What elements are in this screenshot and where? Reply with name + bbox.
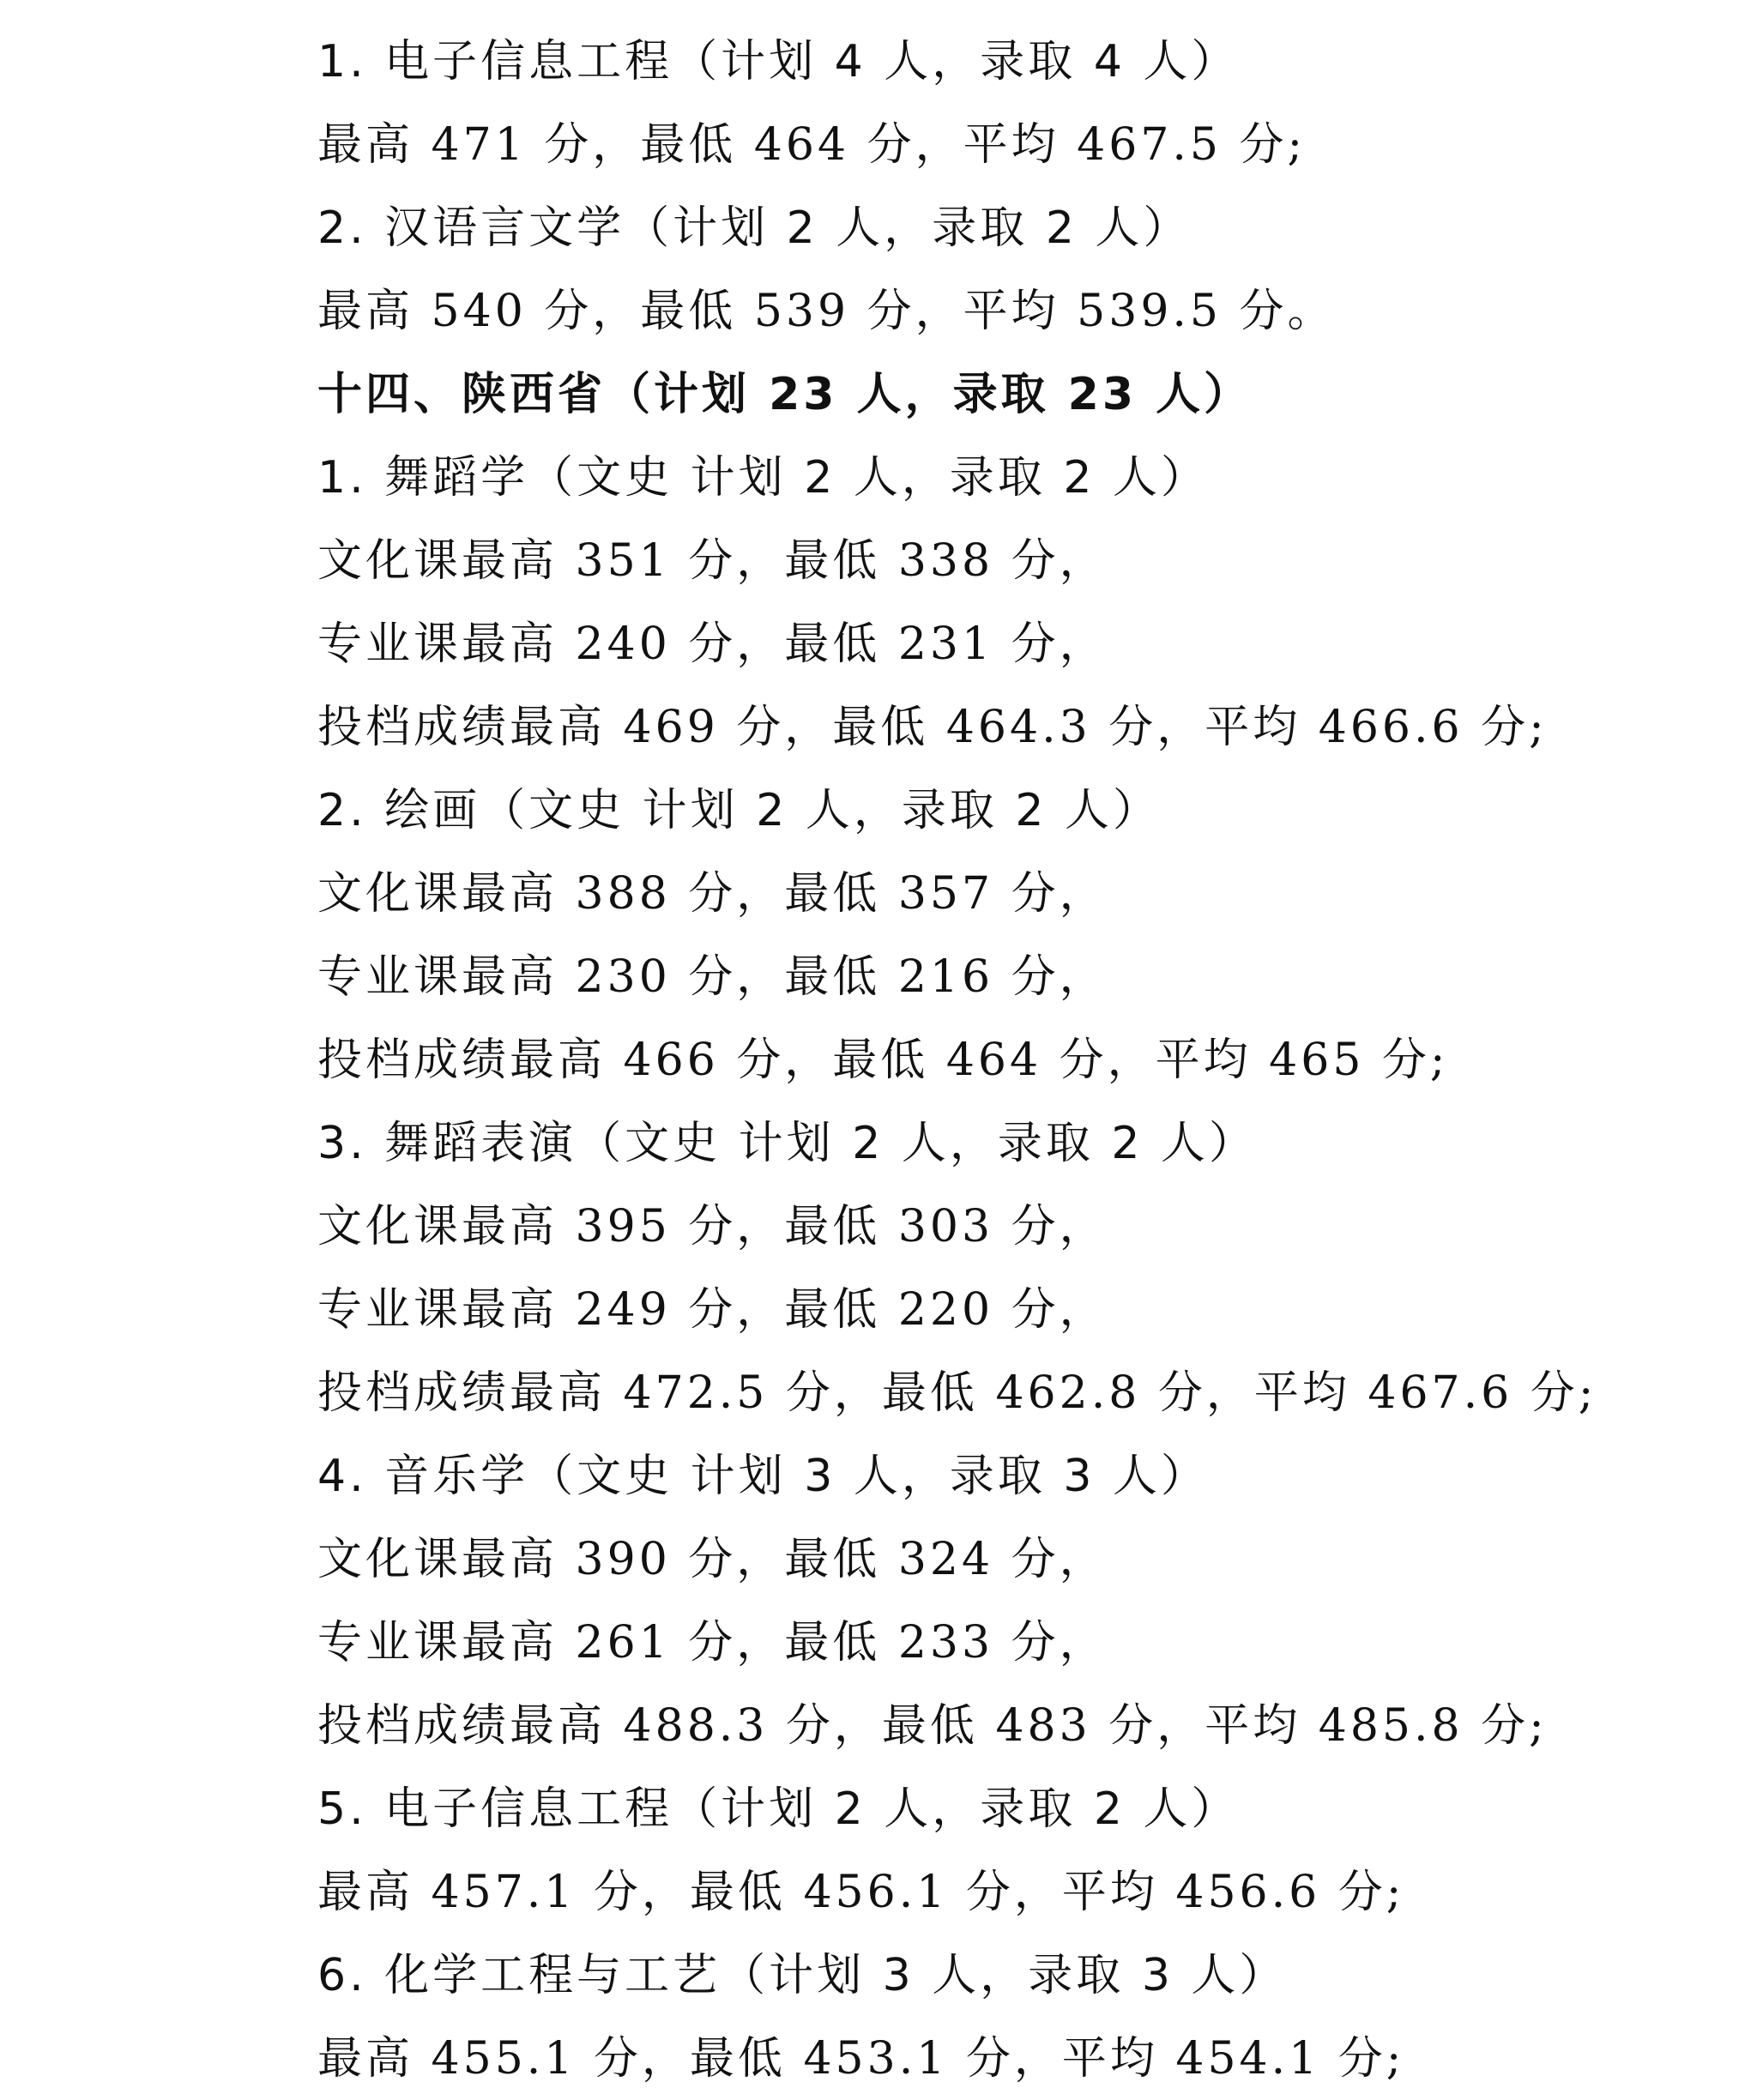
score-detail: 投档成绩最高 472.5 分，最低 462.8 分，平均 467.6 分;: [317, 1352, 1597, 1435]
score-detail: 投档成绩最高 466 分，最低 464 分，平均 465 分;: [317, 1019, 1597, 1102]
score-detail: 文化课最高 351 分，最低 338 分，: [317, 520, 1597, 603]
major-heading: 4. 音乐学（文史 计划 3 人，录取 3 人）: [317, 1435, 1597, 1518]
score-detail: 文化课最高 395 分，最低 303 分，: [317, 1186, 1597, 1269]
province-heading: 十四、陕西省（计划 23 人，录取 23 人）: [317, 353, 1597, 437]
score-detail: 最高 457.1 分，最低 456.1 分，平均 456.6 分;: [317, 1851, 1597, 1934]
document-body: 1. 电子信息工程（计划 4 人，录取 4 人） 最高 471 分，最低 464…: [317, 21, 1597, 2100]
major-heading: 1. 舞蹈学（文史 计划 2 人，录取 2 人）: [317, 437, 1597, 520]
score-detail: 最高 471 分，最低 464 分，平均 467.5 分;: [317, 104, 1597, 187]
document-page: 1. 电子信息工程（计划 4 人，录取 4 人） 最高 471 分，最低 464…: [0, 0, 1757, 2100]
major-heading: 2. 绘画（文史 计划 2 人，录取 2 人）: [317, 769, 1597, 853]
major-heading: 2. 汉语言文学（计划 2 人，录取 2 人）: [317, 187, 1597, 270]
score-detail: 专业课最高 230 分，最低 216 分，: [317, 936, 1597, 1019]
score-detail: 文化课最高 388 分，最低 357 分，: [317, 853, 1597, 936]
score-detail: 专业课最高 249 分，最低 220 分，: [317, 1269, 1597, 1352]
score-detail: 文化课最高 390 分，最低 324 分，: [317, 1518, 1597, 1602]
score-detail: 投档成绩最高 488.3 分，最低 483 分，平均 485.8 分;: [317, 1685, 1597, 1768]
score-detail: 专业课最高 261 分，最低 233 分，: [317, 1602, 1597, 1685]
major-heading: 6. 化学工程与工艺（计划 3 人，录取 3 人）: [317, 1934, 1597, 2018]
score-detail: 专业课最高 240 分，最低 231 分，: [317, 603, 1597, 686]
score-detail: 最高 455.1 分，最低 453.1 分，平均 454.1 分;: [317, 2018, 1597, 2100]
score-detail: 最高 540 分，最低 539 分，平均 539.5 分。: [317, 270, 1597, 353]
score-detail: 投档成绩最高 469 分，最低 464.3 分，平均 466.6 分;: [317, 686, 1597, 769]
major-heading: 3. 舞蹈表演（文史 计划 2 人，录取 2 人）: [317, 1102, 1597, 1186]
major-heading: 5. 电子信息工程（计划 2 人，录取 2 人）: [317, 1768, 1597, 1851]
major-heading: 1. 电子信息工程（计划 4 人，录取 4 人）: [317, 21, 1597, 104]
